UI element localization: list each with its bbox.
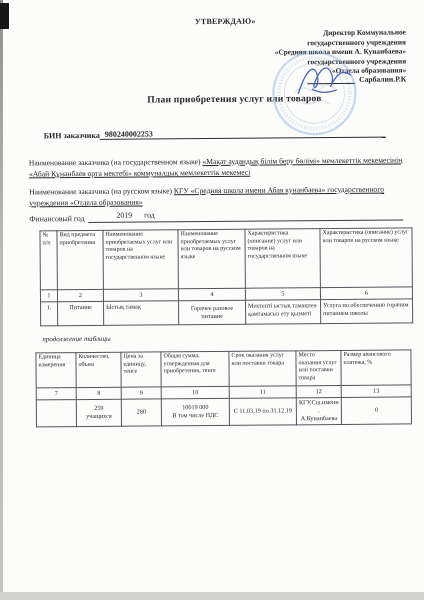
table-row: 259 учащихся28010019 000 В том числе НДС… [36,397,411,427]
signature-scribble [294,59,354,101]
customer-state-label: Наименование заказчика (на государственн… [29,157,203,167]
table-hdr-cell: Наименование приобретаемых услуг или тов… [178,229,245,289]
fiscal-year-suffix: год [144,210,155,219]
table-row-cell [36,400,76,427]
table-row-cell: Ыстық тамақ [104,301,179,326]
table-hdr-cell: Характеристика (описание) услуг или това… [245,229,320,289]
bin-label: БИН заказчика [44,131,100,140]
customer-name-russian-line: Наименование заказчика (на русском языке… [29,183,415,209]
table-continuation-note: продолжение таблицы [42,335,111,344]
table-row-cell: 10019 000 В том числе НДС [161,398,229,426]
table-row-cell: Мектепті ыстық тамақпен қамтамасыз ету қ… [246,300,321,325]
document-content: УТВЕРЖДАЮ» Директор Коммунальноегосударс… [0,0,424,600]
document-title: План приобретения услуг или товаров [38,92,424,106]
customer-name-state-line: Наименование заказчика (на государственн… [29,154,415,180]
table-num-cell: 4 [178,288,245,301]
table-num-cell: 2 [57,289,103,301]
table-row-cell: Питание [58,301,104,325]
scan-corner-mark-artifact [0,3,9,29]
fiscal-year-line: Финансовый год 2019 год [29,208,403,223]
table-hdr-cell: Цена за единицу, тенге [121,352,161,387]
table-hdr-cell: Характеристика (описание) услуг или това… [320,228,412,288]
table-hdr-cell: Срок оказания услуг или поставки товара [229,351,296,387]
approval-heading: УТВЕРЖДАЮ» [195,17,256,26]
table-row-cell: 0 [341,397,411,425]
table-row-cell: 280 [121,399,161,426]
customer-russian-label: Наименование заказчика (на русском языке… [29,186,174,196]
table-num-cell: 3 [103,289,178,302]
table-row: № п/пВид предмета приобретенияНаименован… [40,228,412,290]
table-num-cell: 6 [320,287,412,300]
table-hdr-cell: Количество, объем [76,352,121,387]
table-num-cell: 10 [161,386,229,399]
table-row: 1.ПитаниеЫстық тамақГорячее разовое пита… [41,299,413,326]
table-row-cell: КГУ.Сш.имени. А.Кунанбаева [296,397,341,424]
table-num-cell: 11 [229,386,296,399]
table-num-cell: 8 [76,387,121,399]
table-row-cell: С 11.03.19 по 31.12.19 [229,398,296,426]
procurement-table-part1: № п/пВид предмета приобретенияНаименован… [39,227,413,326]
fiscal-year-value: 2019 [116,211,132,220]
signatory-name: Сарбалин.Р.К [359,74,406,83]
table-row: Единица измеренияКоличество, объемЦена з… [36,350,411,388]
table-num-cell: 7 [36,388,76,400]
table-row-cell: 1. [41,302,58,326]
table-hdr-cell: Единица измерения [36,353,76,388]
table-num-cell: 1 [40,290,57,302]
procurement-table-part2: Единица измеренияКоличество, объемЦена з… [35,349,412,427]
table-row-cell: 259 учащихся [76,399,121,426]
table-hdr-cell: Вид предмета приобретения [57,230,103,289]
bin-value: 980240002253 [100,129,159,139]
fiscal-year-label: Финансовый год [29,214,84,223]
table-hdr-cell: № п/п [40,231,57,290]
table-num-cell: 9 [121,387,161,399]
table-num-cell: 12 [296,385,341,397]
table-hdr-cell: Место оказания услуг или поставки товара [296,350,341,385]
table-num-cell: 5 [245,288,320,301]
scan-edge-left-artifact [0,0,3,600]
table-row-cell: Услуга по обеспечению горячим питанием ш… [321,299,413,324]
scanned-document-page: УТВЕРЖДАЮ» Директор Коммунальноегосударс… [0,0,424,600]
fiscal-year-underline: 2019 год [88,208,403,222]
table-hdr-cell: Общая сумма, утвержденная для приобретен… [161,351,229,387]
table-row-cell: Горячее разовое питание [179,300,246,325]
table-num-cell: 13 [341,385,411,398]
table-hdr-cell: Наименование приобретаемых услуг или тов… [103,230,178,290]
scan-edge-bottom-artifact [0,592,424,600]
table-hdr-cell: Размер авансового платежа, % [341,350,411,386]
